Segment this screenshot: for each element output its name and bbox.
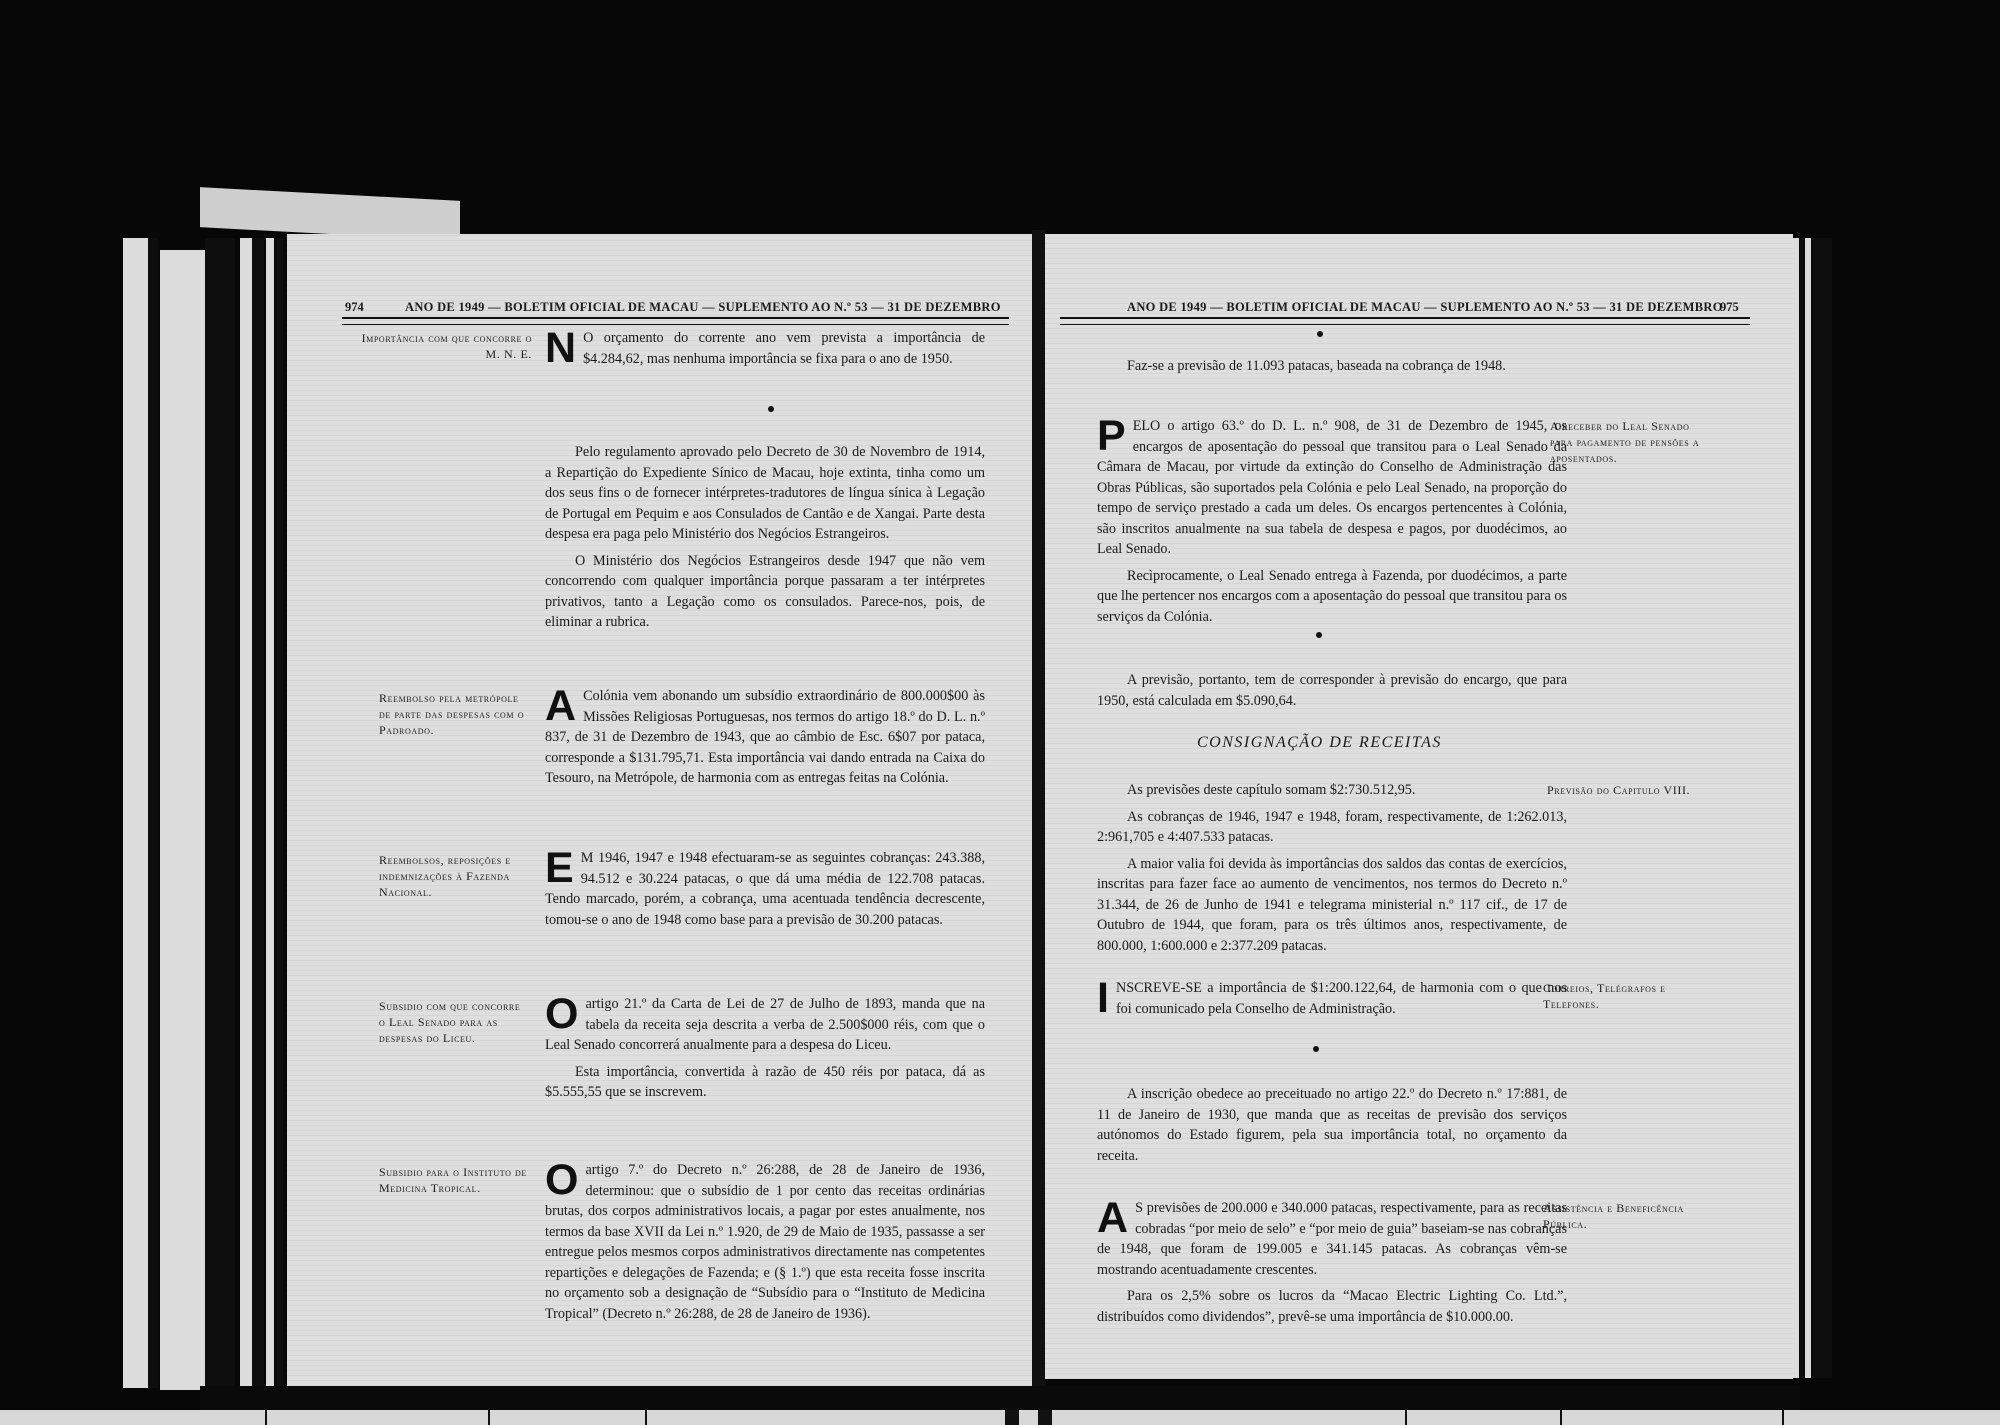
paragraph: Para os 2,5% sobre os lucros da “Macao E… xyxy=(1097,1286,1567,1327)
paragraph: artigo 21.º da Carta de Lei de 27 de Jul… xyxy=(545,996,985,1053)
paragraph: A inscrição obedece ao preceituado no ar… xyxy=(1097,1084,1567,1166)
paragraph: As previsões deste capítulo somam $2:730… xyxy=(1097,780,1567,801)
drop-cap: A xyxy=(545,688,576,724)
scan-mark xyxy=(1405,1410,1407,1425)
section-mne: NO orçamento do corrente ano vem previst… xyxy=(545,328,985,375)
margin-note: Subsidio para o Instituto de Medicina Tr… xyxy=(379,1164,529,1196)
drop-cap: I xyxy=(1097,980,1109,1016)
section-separator-dot xyxy=(1316,632,1322,638)
section-reembolsos: EM 1946, 1947 e 1948 efectuaram-se as se… xyxy=(545,848,985,936)
header-rule xyxy=(342,317,1009,325)
section-assistencia: AS previsões de 200.000 e 340.000 pataca… xyxy=(1097,1198,1567,1333)
paragraph: artigo 7.º do Decreto n.º 26:288, de 28 … xyxy=(545,1162,985,1322)
margin-note: Subsidio com que concorre o Leal Senado … xyxy=(379,998,529,1046)
drop-cap: O xyxy=(545,996,578,1032)
page-stack-edge-right xyxy=(1805,238,1811,1378)
paragraph: NSCREVE-SE a importância de $1:200.122,6… xyxy=(1116,980,1567,1017)
drop-cap: P xyxy=(1097,418,1126,454)
page-stack-shadow xyxy=(276,238,284,1388)
paragraph: A maior valia foi devida às importâncias… xyxy=(1097,854,1567,957)
paragraph: Esta importância, convertida à razão de … xyxy=(545,1062,985,1103)
margin-note: Importância com que concorre o M. N. E. xyxy=(347,330,532,362)
running-header: ANO DE 1949 — BOLETIM OFICIAL DE MACAU —… xyxy=(405,300,1001,315)
left-page: 974 ANO DE 1949 — BOLETIM OFICIAL DE MAC… xyxy=(287,234,1032,1386)
paragraph: S previsões de 200.000 e 340.000 patacas… xyxy=(1097,1200,1567,1278)
right-page: ANO DE 1949 — BOLETIM OFICIAL DE MACAU —… xyxy=(1045,234,1793,1379)
paragraph: Faz-se a previsão de 11.093 patacas, bas… xyxy=(1097,356,1567,377)
section-capitulo-viii: As previsões deste capítulo somam $2:730… xyxy=(1097,780,1567,962)
section-liceu: Oartigo 21.º da Carta de Lei de 27 de Ju… xyxy=(545,994,985,1109)
scan-mark xyxy=(265,1410,267,1425)
book-spine xyxy=(1032,230,1045,1390)
margin-note: Assistência e Beneficência Pública. xyxy=(1543,1200,1713,1232)
section-inscricao: A inscrição obedece ao preceituado no ar… xyxy=(1097,1084,1567,1172)
paragraph: O orçamento do corrente ano vem prevista… xyxy=(583,330,985,367)
header-rule xyxy=(1060,317,1750,325)
scan-mark xyxy=(645,1410,647,1425)
scan-mark xyxy=(1005,1410,1019,1425)
running-header: ANO DE 1949 — BOLETIM OFICIAL DE MACAU —… xyxy=(1127,300,1723,315)
page-stack-edge xyxy=(240,238,252,1388)
section-separator-dot xyxy=(768,406,774,412)
section-medicina-tropical: Oartigo 7.º do Decreto n.º 26:288, de 28… xyxy=(545,1160,985,1330)
page-number: 974 xyxy=(345,300,364,315)
page-stack-edge xyxy=(160,250,205,1390)
paragraph: Recìprocamente, o Leal Senado entrega à … xyxy=(1097,566,1567,628)
scan-mark xyxy=(1560,1410,1562,1425)
margin-note: Reembolso pela metrópole de parte das de… xyxy=(379,690,529,738)
margin-note: A receber do Leal Senado para pagamento … xyxy=(1550,418,1710,466)
paragraph: O Ministério dos Negócios Estrangeiros d… xyxy=(545,551,985,633)
margin-note: Previsão do Capitulo VIII. xyxy=(1547,782,1712,798)
section-correios: INSCREVE-SE a importância de $1:200.122,… xyxy=(1097,978,1567,1025)
section-padroado: AColónia vem abonando um subsídio extrao… xyxy=(545,686,985,795)
page-stack-shadow-right xyxy=(1812,238,1832,1378)
section-previsao-encargo: A previsão, portanto, tem de corresponde… xyxy=(1097,670,1567,717)
margin-note: Correios, Telégrafos e Telefones. xyxy=(1543,980,1713,1012)
section-leal-senado-pensoes: PELO o artigo 63.º do D. L. n.º 908, de … xyxy=(1097,416,1567,633)
paragraph: Pelo regulamento aprovado pelo Decreto d… xyxy=(545,442,985,545)
paragraph: A previsão, portanto, tem de corresponde… xyxy=(1097,670,1567,711)
page-stack-edge-right xyxy=(1793,238,1799,1378)
section-separator-dot xyxy=(1313,1046,1319,1052)
book-top-edge xyxy=(200,187,460,241)
scan-mark xyxy=(1782,1410,1784,1425)
margin-note: Reembolsos, reposições e indemnizações à… xyxy=(379,852,529,900)
section-title: CONSIGNAÇÃO DE RECEITAS xyxy=(1197,734,1442,752)
drop-cap: N xyxy=(545,330,576,366)
paragraph: M 1946, 1947 e 1948 efectuaram-se as seg… xyxy=(545,850,985,928)
page-stack-shadow xyxy=(205,238,235,1388)
scan-mark xyxy=(488,1410,490,1425)
section-expediente-sinico: Pelo regulamento aprovado pelo Decreto d… xyxy=(545,442,985,639)
drop-cap: A xyxy=(1097,1200,1128,1236)
scan-bottom-strip xyxy=(0,1410,2000,1425)
page-stack-shadow-right xyxy=(1800,238,1804,1378)
paragraph: As cobranças de 1946, 1947 e 1948, foram… xyxy=(1097,807,1567,848)
page-stack-shadow xyxy=(252,238,264,1388)
page-number: 975 xyxy=(1720,300,1739,315)
section-previsao: Faz-se a previsão de 11.093 patacas, bas… xyxy=(1097,356,1567,383)
page-stack-edge xyxy=(266,238,274,1388)
scan-mark xyxy=(1038,1410,1052,1425)
drop-cap: O xyxy=(545,1162,578,1198)
section-separator-dot xyxy=(1317,331,1323,337)
paragraph: Colónia vem abonando um subsídio extraor… xyxy=(545,688,985,786)
page-stack-shadow xyxy=(148,238,158,1388)
drop-cap: E xyxy=(545,850,574,886)
paragraph: ELO o artigo 63.º do D. L. n.º 908, de 3… xyxy=(1097,418,1567,557)
